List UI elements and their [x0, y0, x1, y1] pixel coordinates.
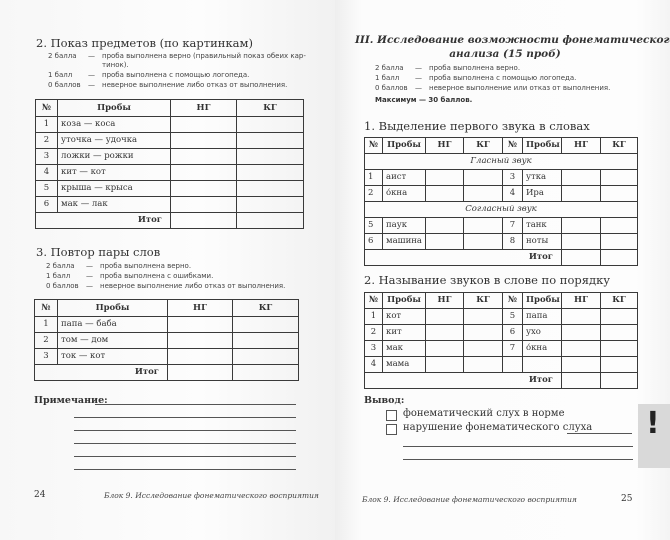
row-number: 3	[35, 349, 58, 365]
score-points: 1 балл	[375, 74, 399, 82]
row-probe: кит	[383, 325, 426, 341]
score-desc: проба выполнена верно.	[100, 262, 191, 270]
note-line[interactable]	[74, 417, 296, 418]
ng-cell[interactable]	[426, 218, 464, 234]
row-number: 5	[36, 181, 58, 197]
ng-cell[interactable]	[171, 181, 237, 197]
row-probe: ноты	[523, 234, 562, 250]
row-number: 3	[36, 149, 58, 165]
col-kg-header: КГ	[233, 300, 299, 317]
ng-cell[interactable]	[562, 170, 601, 186]
attention-tab: !	[638, 404, 670, 468]
checkbox-normal-hearing[interactable]	[386, 410, 397, 421]
note-line[interactable]	[74, 456, 296, 457]
kg-cell[interactable]	[601, 186, 638, 202]
table-row: 1папа — баба	[35, 317, 299, 333]
note-line[interactable]	[95, 404, 296, 405]
col-number-header: №	[503, 293, 523, 309]
ng-cell[interactable]	[168, 317, 233, 333]
score-desc-cont: тинок).	[102, 61, 129, 69]
table-row: 1 кот 5 папа	[365, 309, 638, 325]
row-number: 7	[503, 218, 523, 234]
ng-cell[interactable]	[426, 186, 464, 202]
kg-cell[interactable]	[601, 234, 638, 250]
col-ng-header: НГ	[168, 300, 233, 317]
row-number: 4	[503, 186, 523, 202]
section-2-heading: 2. Показ предметов (по картинкам)	[36, 36, 253, 50]
row-number: 6	[365, 234, 383, 250]
row-number: 5	[503, 309, 523, 325]
total-row: Итог	[35, 365, 299, 381]
section-title-line2: анализа (15 проб)	[355, 48, 655, 60]
score-dash: —	[415, 64, 422, 72]
row-number: 2	[365, 186, 383, 202]
row-number: 2	[36, 133, 58, 149]
table-row: 6 машина 8 ноты	[365, 234, 638, 250]
score-dash: —	[88, 71, 95, 79]
section-3-heading: 3. Повтор пары слов	[36, 245, 160, 259]
subsection-2-table: № Пробы НГ КГ № Пробы НГ КГ 1 кот 5 папа…	[364, 292, 638, 389]
page-number: 25	[621, 494, 632, 504]
row-number: 6	[503, 325, 523, 341]
row-probe: Ира	[523, 186, 562, 202]
score-points: 1 балл	[46, 272, 70, 280]
page-footer: Блок 9. Исследование фонематического вос…	[104, 491, 319, 500]
score-desc: неверное выполнение либо отказ от выполн…	[102, 81, 287, 89]
row-number: 1	[36, 117, 58, 133]
col-probes-header: Пробы	[383, 293, 426, 309]
ng-cell[interactable]	[562, 218, 601, 234]
kg-cell[interactable]	[464, 234, 503, 250]
row-probe: машина	[383, 234, 426, 250]
row-number: 4	[365, 357, 383, 373]
row-number: 1	[365, 170, 383, 186]
row-number: 8	[503, 234, 523, 250]
row-probe: мак — лак	[58, 197, 171, 213]
kg-cell[interactable]	[464, 218, 503, 234]
col-kg-header: КГ	[601, 293, 638, 309]
row-probe: крыша — крыса	[58, 181, 171, 197]
col-number-header: №	[365, 293, 383, 309]
score-desc: проба выполнена верно.	[429, 64, 520, 72]
ng-cell[interactable]	[562, 309, 601, 325]
kg-total-cell[interactable]	[601, 250, 638, 266]
ng-cell[interactable]	[171, 133, 237, 149]
col-ng-header: НГ	[562, 293, 601, 309]
score-dash: —	[86, 262, 93, 270]
col-kg-header: КГ	[464, 138, 503, 154]
conclusion-label: Вывод:	[364, 395, 404, 406]
ng-cell[interactable]	[562, 341, 601, 357]
kg-cell[interactable]	[237, 165, 304, 181]
row-probe: мак	[383, 341, 426, 357]
total-label: Итог	[365, 250, 562, 266]
checkbox-hearing-impairment[interactable]	[386, 424, 397, 435]
score-desc: неверное выполнение либо отказ от выполн…	[100, 282, 285, 290]
col-kg-header: КГ	[601, 138, 638, 154]
row-probe: коза — коса	[58, 117, 171, 133]
col-probes-header: Пробы	[58, 300, 168, 317]
ng-cell[interactable]	[426, 341, 464, 357]
col-probes-header: Пробы	[383, 138, 426, 154]
consonant-subheading: Согласный звук	[365, 202, 638, 218]
kg-cell[interactable]	[601, 218, 638, 234]
row-probe: папа — баба	[58, 317, 168, 333]
score-points: 0 баллов	[46, 282, 79, 290]
row-number: 3	[365, 341, 383, 357]
score-points: 2 балла	[46, 262, 75, 270]
score-dash: —	[88, 52, 95, 60]
table-row: 6мак — лак	[36, 197, 304, 213]
kg-cell[interactable]	[233, 333, 299, 349]
total-row: Итог	[36, 213, 304, 229]
score-dash: —	[415, 74, 422, 82]
total-row: Итог	[365, 250, 638, 266]
score-points: 2 балла	[48, 52, 77, 60]
kg-cell[interactable]	[601, 341, 638, 357]
table-row: 4 мама	[365, 357, 638, 373]
kg-cell[interactable]	[601, 309, 638, 325]
section-2-table: № Пробы НГ КГ 1коза — коса 2уточка — удо…	[35, 99, 304, 229]
score-points: 1 балл	[48, 71, 72, 79]
ng-total-cell[interactable]	[168, 365, 233, 381]
row-number: 1	[365, 309, 383, 325]
section-3-scoring: 2 балла — проба выполнена верно. 1 балл …	[46, 262, 316, 294]
kg-cell[interactable]	[464, 170, 503, 186]
row-number: 4	[36, 165, 58, 181]
table-row: 1коза — коса	[36, 117, 304, 133]
section-title-line1: III. Исследование возможности фонематиче…	[355, 34, 655, 46]
ng-cell[interactable]	[171, 165, 237, 181]
row-probe: о́кна	[523, 341, 562, 357]
kg-cell[interactable]	[464, 186, 503, 202]
score-dash: —	[86, 282, 93, 290]
table-row: 2том — дом	[35, 333, 299, 349]
score-desc: проба выполнена верно (правильный показ …	[102, 52, 306, 60]
option-hearing-impairment: нарушение фонематического слуха	[403, 422, 592, 433]
col-ng-header: НГ	[426, 138, 464, 154]
row-number: 2	[35, 333, 58, 349]
col-probes-header: Пробы	[523, 138, 562, 154]
total-label: Итог	[36, 213, 171, 229]
row-probe: мама	[383, 357, 426, 373]
col-kg-header: КГ	[237, 100, 304, 117]
row-number: 3	[503, 170, 523, 186]
ng-total-cell[interactable]	[171, 213, 237, 229]
row-probe: папа	[523, 309, 562, 325]
ng-cell[interactable]	[426, 234, 464, 250]
ng-cell[interactable]	[562, 186, 601, 202]
score-desc: неверное выполнение или отказ от выполне…	[429, 84, 610, 92]
col-ng-header: НГ	[426, 293, 464, 309]
ng-cell[interactable]	[171, 149, 237, 165]
conclusion-line[interactable]	[567, 433, 632, 434]
table-row: 2уточка — удочка	[36, 133, 304, 149]
row-probe: уточка — удочка	[58, 133, 171, 149]
section-scoring: 2 балла — проба выполнена верно. 1 балл …	[375, 64, 655, 96]
kg-total-cell[interactable]	[237, 213, 304, 229]
col-ng-header: НГ	[562, 138, 601, 154]
kg-cell[interactable]	[601, 325, 638, 341]
col-ng-header: НГ	[171, 100, 237, 117]
vowel-subheading: Гласный звук	[365, 154, 638, 170]
table-row: 3ток — кот	[35, 349, 299, 365]
row-probe: кит — кот	[58, 165, 171, 181]
ng-cell[interactable]	[168, 333, 233, 349]
ng-total-cell[interactable]	[562, 250, 601, 266]
total-row: Итог	[365, 373, 638, 389]
section-3-table: № Пробы НГ КГ 1папа — баба 2том — дом 3т…	[34, 299, 299, 381]
score-desc: проба выполнена с помощью логопеда.	[102, 71, 249, 79]
col-probes-header: Пробы	[58, 100, 171, 117]
row-probe: о́кна	[383, 186, 426, 202]
kg-cell[interactable]	[464, 325, 503, 341]
subsection-1-heading: 1. Выделение первого звука в словах	[364, 119, 590, 133]
row-number	[503, 357, 523, 373]
kg-cell[interactable]	[464, 309, 503, 325]
ng-total-cell[interactable]	[562, 373, 601, 389]
subsection-1-table: № Пробы НГ КГ № Пробы НГ КГ Гласный звук…	[364, 137, 638, 266]
note-line[interactable]	[74, 469, 296, 470]
kg-cell[interactable]	[233, 349, 299, 365]
ng-cell[interactable]	[171, 117, 237, 133]
score-dash: —	[415, 84, 422, 92]
row-probe	[523, 357, 562, 373]
total-label: Итог	[35, 365, 168, 381]
row-probe: том — дом	[58, 333, 168, 349]
row-number: 6	[36, 197, 58, 213]
table-row: 5крыша — крыса	[36, 181, 304, 197]
row-probe: кот	[383, 309, 426, 325]
score-desc: проба выполнена с помощью логопеда.	[429, 74, 576, 82]
row-number: 7	[503, 341, 523, 357]
col-number-header: №	[365, 138, 383, 154]
table-row: 2 кит 6 ухо	[365, 325, 638, 341]
col-number-header: №	[35, 300, 58, 317]
page-footer: Блок 9. Исследование фонематического вос…	[362, 495, 577, 504]
total-label: Итог	[365, 373, 562, 389]
kg-cell[interactable]	[237, 181, 304, 197]
row-probe: ток — кот	[58, 349, 168, 365]
exclamation-icon: !	[646, 406, 660, 441]
kg-cell[interactable]	[233, 317, 299, 333]
row-probe: аист	[383, 170, 426, 186]
score-points: 2 балла	[375, 64, 404, 72]
row-probe: утка	[523, 170, 562, 186]
score-dash: —	[86, 272, 93, 280]
col-number-header: №	[36, 100, 58, 117]
col-number-header: №	[503, 138, 523, 154]
row-probe: ложки — рожки	[58, 149, 171, 165]
score-desc: проба выполнена с ошибками.	[100, 272, 213, 280]
kg-cell[interactable]	[464, 341, 503, 357]
note-line[interactable]	[74, 443, 296, 444]
col-probes-header: Пробы	[523, 293, 562, 309]
ng-cell[interactable]	[562, 234, 601, 250]
kg-cell[interactable]	[237, 149, 304, 165]
maximum-score: Максимум — 30 баллов.	[375, 96, 472, 104]
ng-cell[interactable]	[168, 349, 233, 365]
score-points: 0 баллов	[48, 81, 81, 89]
kg-cell[interactable]	[237, 133, 304, 149]
table-row: 2 о́кна 4 Ира	[365, 186, 638, 202]
kg-total-cell[interactable]	[233, 365, 299, 381]
col-kg-header: КГ	[464, 293, 503, 309]
score-dash: —	[88, 81, 95, 89]
table-row: 4кит — кот	[36, 165, 304, 181]
left-page: 2. Показ предметов (по картинкам) 2 балл…	[0, 0, 335, 540]
row-probe: танк	[523, 218, 562, 234]
ng-cell[interactable]	[171, 197, 237, 213]
page-number: 24	[34, 490, 45, 500]
ng-cell[interactable]	[426, 357, 464, 373]
conclusion-line[interactable]	[403, 459, 633, 460]
kg-cell[interactable]	[237, 117, 304, 133]
row-number: 2	[365, 325, 383, 341]
table-row: 5 паук 7 танк	[365, 218, 638, 234]
kg-cell[interactable]	[601, 170, 638, 186]
option-normal-hearing: фонематический слух в норме	[403, 408, 565, 419]
ng-cell[interactable]	[562, 357, 601, 373]
row-number: 5	[365, 218, 383, 234]
section-2-scoring: 2 балла — проба выполнена верно (правиль…	[48, 52, 318, 92]
ng-cell[interactable]	[426, 325, 464, 341]
row-probe: паук	[383, 218, 426, 234]
kg-cell[interactable]	[601, 357, 638, 373]
row-probe: ухо	[523, 325, 562, 341]
kg-cell[interactable]	[237, 197, 304, 213]
score-points: 0 баллов	[375, 84, 408, 92]
right-page: III. Исследование возможности фонематиче…	[335, 0, 670, 540]
note-line[interactable]	[74, 430, 296, 431]
kg-total-cell[interactable]	[601, 373, 638, 389]
kg-cell[interactable]	[464, 357, 503, 373]
table-row: 3ложки — рожки	[36, 149, 304, 165]
ng-cell[interactable]	[426, 309, 464, 325]
conclusion-line[interactable]	[403, 446, 633, 447]
subsection-2-heading: 2. Называние звуков в слове по порядку	[364, 273, 610, 287]
ng-cell[interactable]	[562, 325, 601, 341]
table-row: 3 мак 7 о́кна	[365, 341, 638, 357]
row-number: 1	[35, 317, 58, 333]
table-row: 1 аист 3 утка	[365, 170, 638, 186]
ng-cell[interactable]	[426, 170, 464, 186]
